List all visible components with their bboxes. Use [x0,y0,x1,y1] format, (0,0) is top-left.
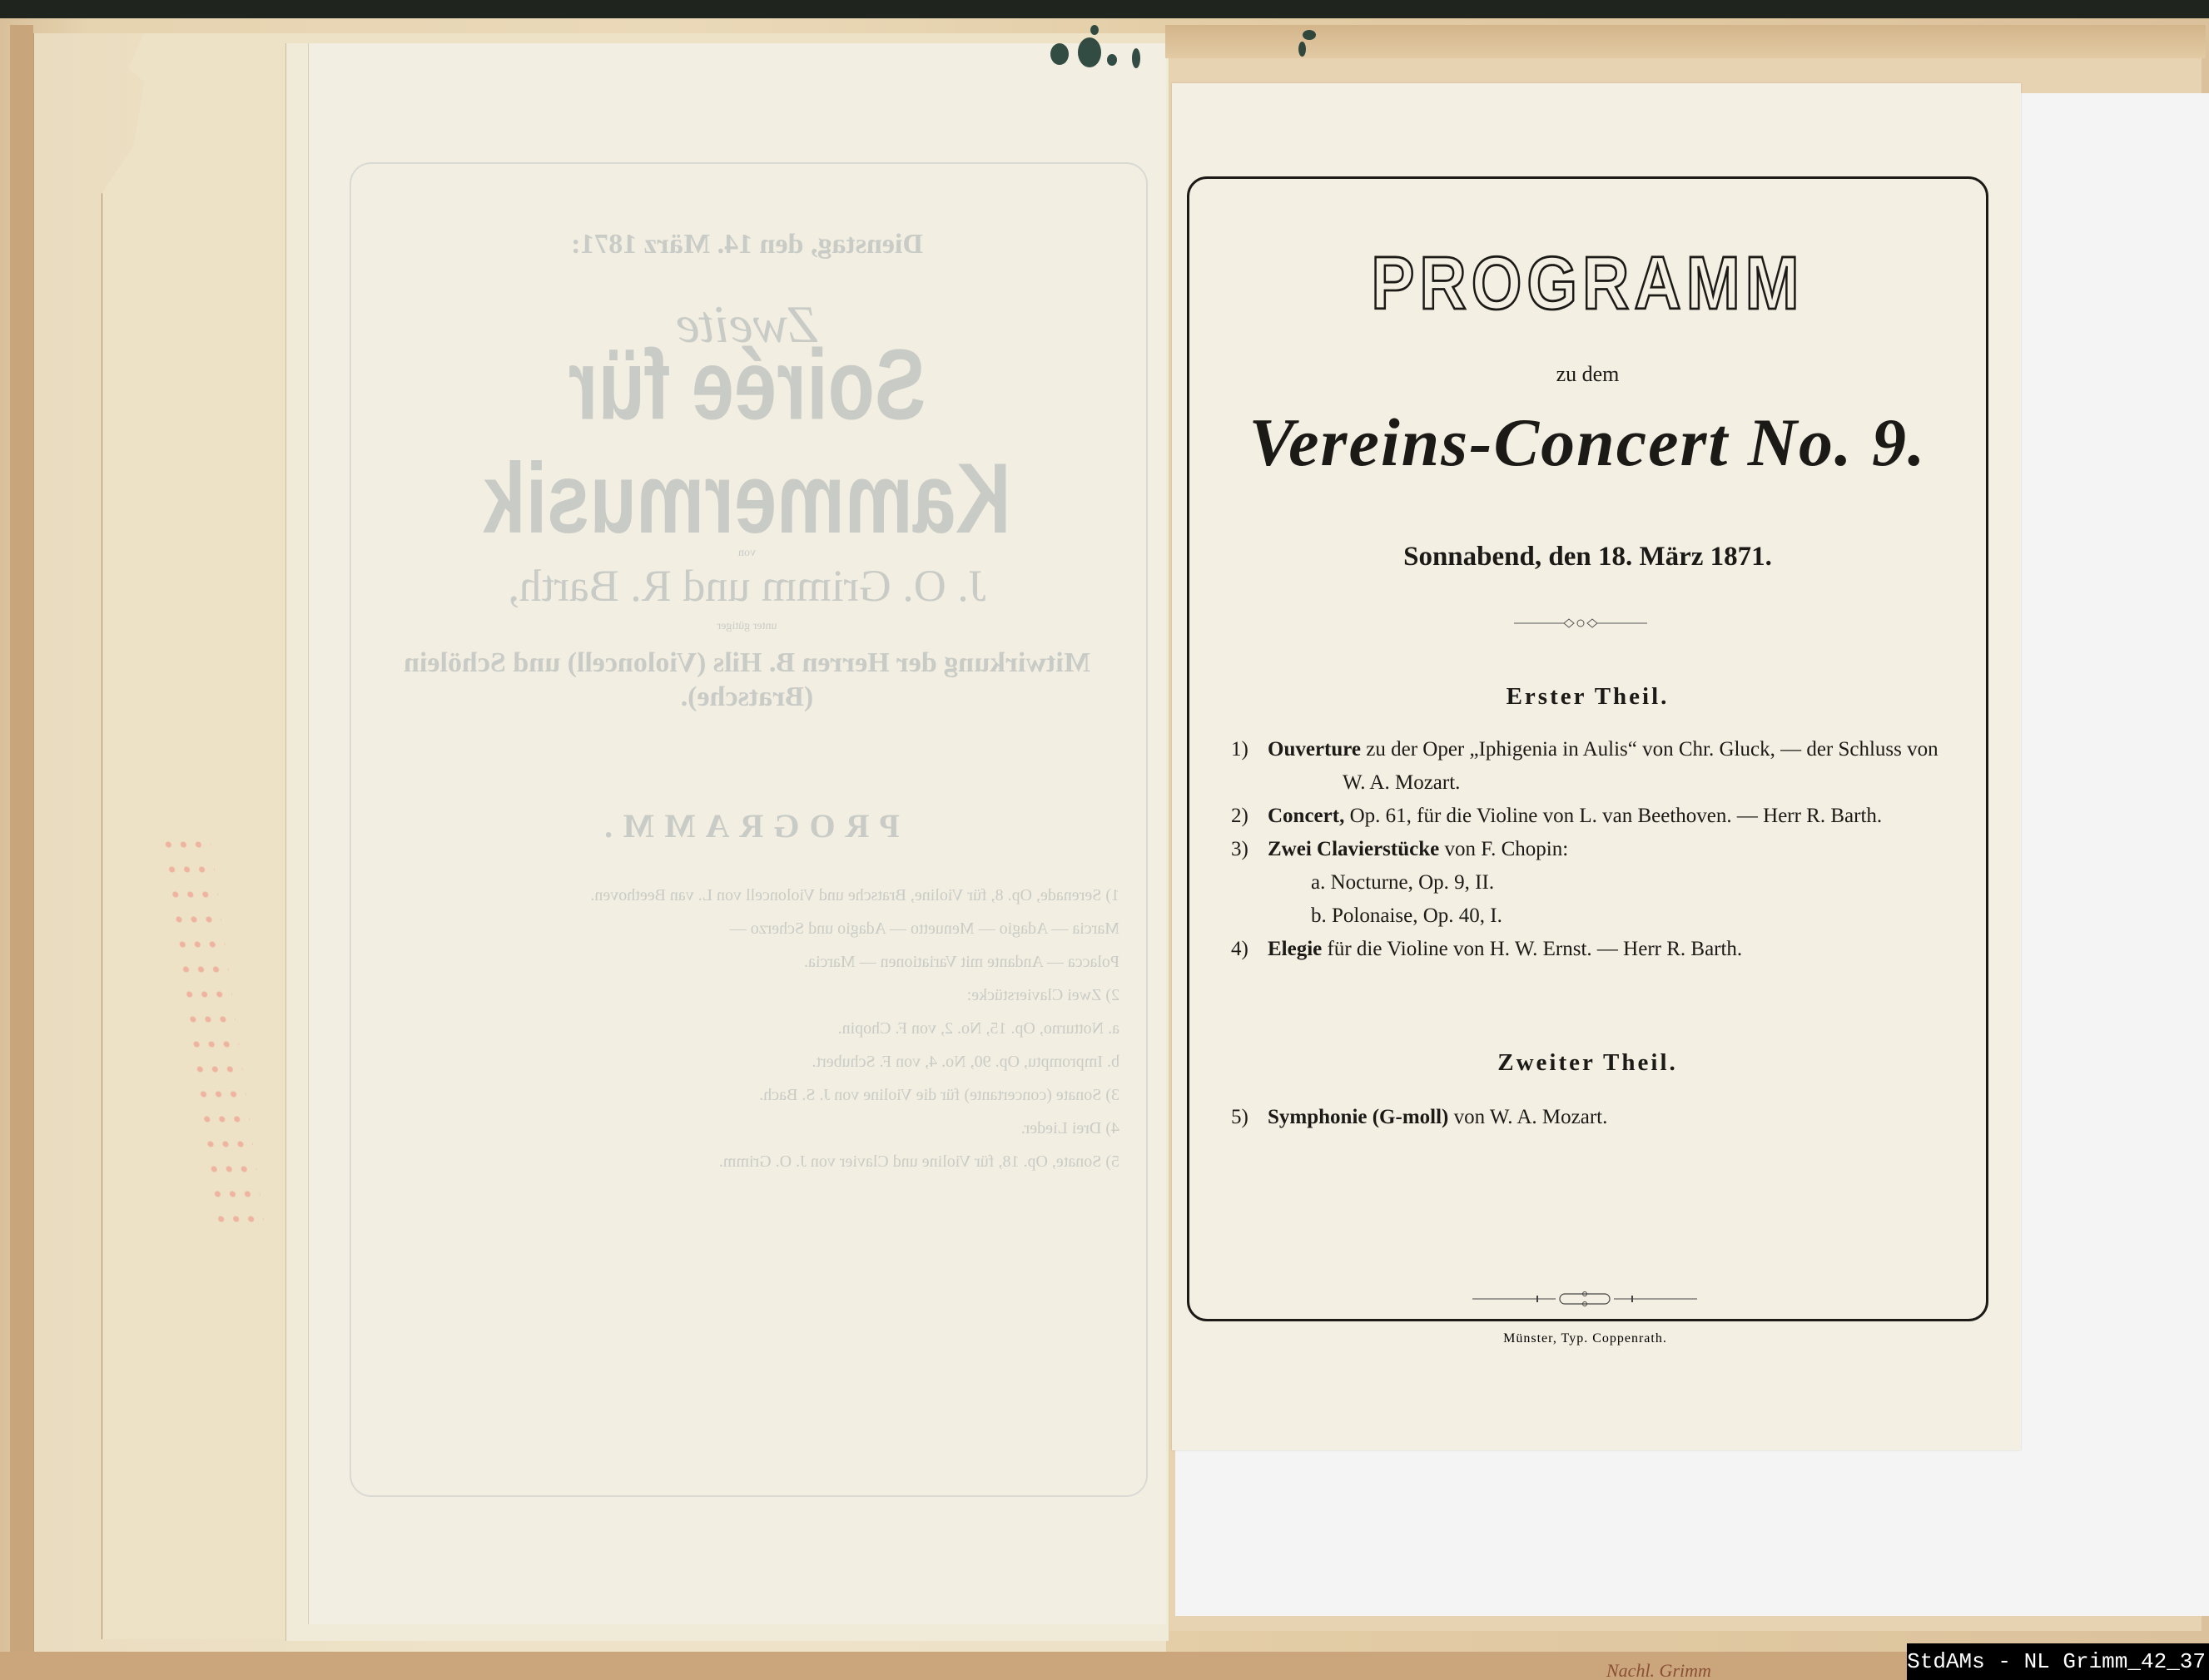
ink-stain [1050,43,1069,65]
programme-item: 1) Ouverture zu der Oper „Iphigenia in A… [1231,733,1963,800]
part1-list: 1) Ouverture zu der Oper „Iphigenia in A… [1231,733,1963,966]
item-details: von F. Chopin: [1439,838,1568,860]
bleed-programm-heading: PROGRAMM. [350,806,1144,845]
concert-programme-sheet: PROGRAMM zu dem Vereins-Concert No. 9. S… [1172,83,2021,1450]
bleed-list-item: Marcia — Adagio — Menuetto — Adagio und … [375,912,1119,945]
item-work: Symphonie (G-moll) [1268,1106,1448,1128]
bleed-list-item: 5) Sonate, Op. 18, für Violine und Clavi… [375,1145,1119,1178]
bleed-programme-list: 1) Serenade, Op. 8, für Violine, Bratsch… [375,879,1119,1178]
album-bottom-edge [0,1652,2209,1680]
item-work: Zwei Clavierstücke [1268,838,1439,860]
ink-stain [1303,30,1316,40]
archive-label: StdAMs - NL Grimm_42_37 [1907,1643,2209,1680]
programme-item: 5) Symphonie (G-moll) von W. A. Mozart. [1231,1101,1963,1134]
ink-stain [1090,25,1099,35]
item-details: Op. 61, für die Violine von L. van Beeth… [1344,805,1882,827]
ink-stain [1107,54,1117,66]
bleed-list-item: 4) Drei Lieder. [375,1112,1119,1145]
bleed-soiree-title: Soirée für Kammermusik [350,330,1144,557]
concert-title: Vereins-Concert No. 9. [1189,404,1986,482]
programme-item: 2) Concert, Op. 61, für die Violine von … [1231,800,1963,833]
programme-subitem: a. Nocturne, Op. 9, II. [1231,866,1963,899]
programm-subtitle: zu dem [1189,362,1986,387]
printer-imprint: Münster, Typ. Coppenrath. [1187,1331,1983,1346]
concert-date: Sonnabend, den 18. März 1871. [1189,542,1986,572]
ink-stain [1078,37,1101,67]
handwritten-note: Nachl. Grimm [1606,1660,1711,1680]
bleed-list-item: 3) Sonate (concertante) für die Violine … [375,1078,1119,1112]
item-details: für die Violine von H. W. Ernst. — Herr … [1322,938,1742,960]
part2-heading: Zweiter Theil. [1189,1049,1986,1077]
ink-stain [1298,42,1306,57]
bleed-unter: unter gütiger [350,620,1144,633]
bleed-list-item: b. Impromptu, Op. 90, No. 4, von F. Schu… [375,1045,1119,1078]
left-page-bleedthrough: Dienstag, den 14. März 1871: Zweite Soir… [350,162,1144,1178]
item-work: Ouverture [1268,738,1361,761]
album-edge-strip [10,25,33,1664]
item-number: 3) [1231,833,1248,866]
programme-item: 4) Elegie für die Violine von H. W. Erns… [1231,933,1963,966]
bleed-list-item: 2) Zwei Clavierstücke: [375,979,1119,1012]
programme-border-frame: PROGRAMM zu dem Vereins-Concert No. 9. S… [1187,176,1988,1321]
item-number: 2) [1231,800,1248,833]
programme-subitem: b. Polonaise, Op. 40, I. [1231,899,1963,933]
right-top-edge [1165,25,2206,58]
bleed-date: Dienstag, den 14. März 1871: [350,229,1144,260]
programme-item: 3) Zwei Clavierstücke von F. Chopin: [1231,833,1963,866]
ornament-divider-icon [1514,618,1647,628]
item-details: von W. A. Mozart. [1448,1106,1607,1128]
part1-heading: Erster Theil. [1189,683,1986,711]
programm-title: PROGRAMM [1189,240,1986,327]
item-number: 4) [1231,933,1248,966]
ink-stain [1132,48,1140,68]
ornament-divider-icon [1472,1291,1697,1307]
item-work: Concert, [1268,805,1344,827]
bleed-list-item: 1) Serenade, Op. 8, für Violine, Bratsch… [375,879,1119,912]
item-number: 5) [1231,1101,1248,1134]
item-work: Elegie [1268,938,1322,960]
part2-list: 5) Symphonie (G-moll) von W. A. Mozart. [1231,1101,1963,1134]
bleed-list-item: a. Notturno, Op. 15, No. 2, von F. Chopi… [375,1012,1119,1045]
bleed-mitwirkung: Mitwirkung der Herren B. Hils (Violoncel… [350,647,1144,715]
bleed-list-item: Polacca — Andante mit Variationen — Marc… [375,945,1119,979]
item-number: 1) [1231,733,1248,766]
bleed-performers: J. O. Grimm und R. Barth, [350,560,1144,612]
item-details: zu der Oper „Iphigenia in Aulis“ von Chr… [1343,738,1938,794]
